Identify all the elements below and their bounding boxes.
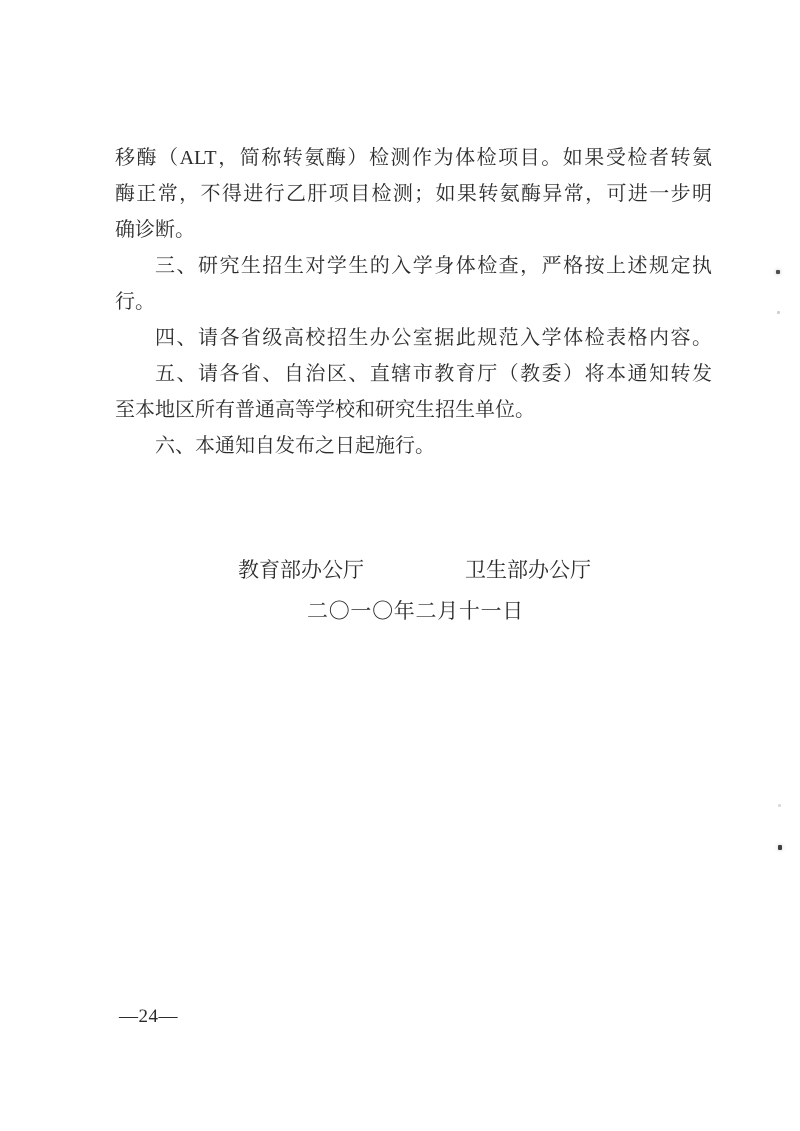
signature-date: 二〇一〇年二月十一日 [307, 599, 524, 623]
page-number: —24— [119, 1007, 178, 1027]
scan-artifact-dot [778, 804, 781, 807]
document-page: 移酶（ALT，简称转氨酶）检测作为体检项目。如果受检者转氨酶正常，不得进行乙肝项… [0, 0, 800, 1131]
body-text: 移酶（ALT，简称转氨酶）检测作为体检项目。如果受检者转氨酶正常，不得进行乙肝项… [115, 140, 712, 464]
text-line: 六、本通知自发布之日起施行。 [115, 428, 712, 464]
scan-artifact-dot [776, 270, 780, 274]
text-line: 三、研究生招生对学生的入学身体检查，严格按上述规定执 [115, 248, 712, 284]
scan-artifact-dot [777, 311, 780, 314]
text-line: 四、请各省级高校招生办公室据此规范入学体检表格内容。 [115, 320, 712, 356]
text-line: 酶正常，不得进行乙肝项目检测；如果转氨酶异常，可进一步明 [115, 176, 712, 212]
scan-artifact-dot [778, 845, 782, 850]
text-line: 确诊断。 [115, 212, 712, 248]
signature-org-left: 教育部办公厅 [238, 558, 364, 582]
text-line: 行。 [115, 284, 712, 320]
text-line: 至本地区所有普通高等学校和研究生招生单位。 [115, 392, 712, 428]
signature-org-right: 卫生部办公厅 [465, 558, 591, 582]
text-line: 移酶（ALT，简称转氨酶）检测作为体检项目。如果受检者转氨 [115, 140, 712, 176]
text-line: 五、请各省、自治区、直辖市教育厅（教委）将本通知转发 [115, 356, 712, 392]
